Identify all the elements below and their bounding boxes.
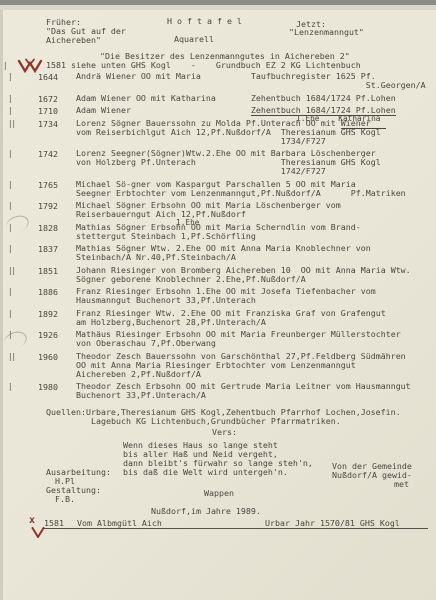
entry-line: Steinbach/A Nr.40,Pf.Steinbach/A: [76, 253, 436, 262]
register-row: | 1672 Adam Wiener OO mit Katharina Zehe…: [0, 94, 436, 103]
page-subtitle: Aquarell: [174, 35, 214, 44]
page-title: H o f t a f e l: [167, 17, 242, 26]
verse-label: Vers:: [212, 428, 237, 437]
margin-tick: ||: [8, 266, 15, 275]
margin-tick: |: [8, 223, 12, 232]
owner-register-list: | 1644 Andrä Wiener OO mit Maria Taufbuc…: [0, 72, 436, 404]
bottom-entry-text: Vom Albmgütl Aich: [77, 519, 162, 528]
margin-tick: |: [8, 106, 12, 115]
entry-line: Adam Wiener Zehentbuch 1684/1724 Pf.Lohe…: [76, 106, 436, 115]
entry-year: 1792: [38, 201, 58, 211]
entry-year: 1710: [38, 106, 58, 116]
entry-year: 1837: [38, 244, 58, 254]
register-row: || 1734 Lorenz Sögner Bauerssohn zu Mold…: [0, 119, 436, 146]
margin-tick: |: [8, 309, 12, 318]
entry-year: 1672: [38, 94, 58, 104]
entry-line: Aichereben 2,Pf.Nußdorf/A: [76, 370, 436, 379]
dedication-line3: met: [394, 480, 409, 489]
wappen-label: Wappen: [204, 489, 234, 498]
register-row: | 1980 Theodor Zesch Erbsohn OO mit Gert…: [0, 382, 436, 400]
margin-tick: |: [8, 94, 12, 103]
margin-tick: |: [8, 180, 12, 189]
entry-line: Buchenort 33,Pf.Unterach/A: [76, 391, 436, 400]
entry-line: stettergut Steinbach 1,Pf.Schörfling: [76, 232, 436, 241]
entry-line: am Holzberg,Buchenort 28,Pf.Unterach/A: [76, 318, 436, 327]
margin-tick: |: [8, 72, 12, 81]
margin-tick: |: [8, 382, 12, 391]
entry-line: Hausmanngut Buchenort 33,Pf.Unterach: [76, 296, 436, 305]
margin-tick: ||: [8, 352, 15, 361]
entry-year: 1828: [38, 223, 58, 233]
register-row: || 1960 Theodor Zesch Bauerssohn von Gar…: [0, 352, 436, 379]
red-check-mark: [31, 527, 45, 538]
register-row: | 1926 Mathäus Riesinger Erbsohn OO mit …: [0, 330, 436, 348]
margin-tick: |: [8, 201, 12, 210]
entry-line: 1734/F727: [76, 137, 436, 146]
margin-tick: |: [8, 149, 12, 158]
margin-tick: |: [3, 61, 8, 70]
register-row: | 1742 Lorenz Seegner(Sögner)Wtw.2.Ehe O…: [0, 149, 436, 176]
margin-tick: |: [8, 244, 12, 253]
gestaltung-value: F.B.: [55, 495, 75, 504]
entry-line: Adam Wiener OO mit Katharina Zehentbuch …: [76, 94, 436, 103]
entry-line: von Oberaschau 7,Pf.Oberwang: [76, 339, 436, 348]
first-entry-line: 1581 siehe unten GHS Kogl - Grundbuch EZ…: [46, 61, 361, 70]
verse-line: bis daß die Welt wird untergeh'n.: [123, 468, 288, 477]
red-x-mark: x: [29, 516, 35, 525]
entry-year: 1765: [38, 180, 58, 190]
scanned-document: Früher: "Das Gut auf der Aichereben" H o…: [0, 0, 436, 600]
register-row: | 1765 Michael Sö-gner vom Kaspargut Par…: [0, 180, 436, 198]
entry-line: Reiserbauerngut Aich 12,Pf.Nußdorf: [76, 210, 436, 219]
red-double-check-mark: [17, 58, 44, 73]
interlinear-insertion: 1.Ehe: [176, 218, 199, 227]
sources-line2: Lagebuch KG Lichtenbuch,Grundbücher Pfar…: [91, 417, 341, 426]
date-line: Nußdorf,im Jahre 1989.: [151, 507, 261, 516]
margin-tick: ||: [8, 119, 15, 128]
register-row: | 1644 Andrä Wiener OO mit Maria Taufbuc…: [0, 72, 436, 90]
entry-text: Mathias Sögner Erbsohn OO mit Maria Sche…: [76, 222, 361, 232]
entry-line: Seegner Erbtochter vom Lenzenmanngut,Pf.…: [76, 189, 436, 198]
register-row: | 1837 Mathias Sögner Wtw. 2.Ehe OO mit …: [0, 244, 436, 262]
jetzt-value: "Lenzenmanngut": [289, 28, 364, 37]
bottom-underline: [44, 528, 428, 529]
register-row: | 1892 Franz Riesinger Wtw. 2.Ehe OO mit…: [0, 309, 436, 327]
entry-line: Sögner geborene Knoblechner 2.Ehe,Pf.Nuß…: [76, 275, 436, 284]
entry-year: 1960: [38, 352, 58, 362]
register-row: | 1828 Mathias Sögner Erbsohn OO mit Mar…: [0, 223, 436, 241]
entry-year: 1851: [38, 266, 58, 276]
entry-line: St.Georgen/A: [76, 81, 436, 90]
margin-tick: |: [8, 330, 12, 339]
entry-year: 1980: [38, 382, 58, 392]
entry-line: 1742/F727: [76, 167, 436, 176]
entry-year: 1734: [38, 119, 58, 129]
entry-year: 1644: [38, 72, 58, 82]
entry-year: 1926: [38, 330, 58, 340]
entry-year: 1892: [38, 309, 58, 319]
entry-text: Adam Wiener: [76, 105, 251, 115]
register-row: | 1792 Michael Sögner Erbsohn OO mit Mar…: [0, 201, 436, 219]
bottom-entry-year: 1581: [44, 519, 64, 528]
register-row: || 1851 Johann Riesinger von Bromberg Ai…: [0, 266, 436, 284]
margin-tick: |: [8, 287, 12, 296]
bottom-entry-reference: Urbar Jahr 1570/81 GHS Kogl: [265, 519, 400, 528]
frueher-name-line2: Aichereben": [46, 36, 101, 45]
entry-year: 1886: [38, 287, 58, 297]
entry-year: 1742: [38, 149, 58, 159]
register-row: | 1886 Franz Riesinger Erbsohn 1.Ehe OO …: [0, 287, 436, 305]
interlinear-insertion: 1.Ehe Katharina: [296, 114, 381, 123]
